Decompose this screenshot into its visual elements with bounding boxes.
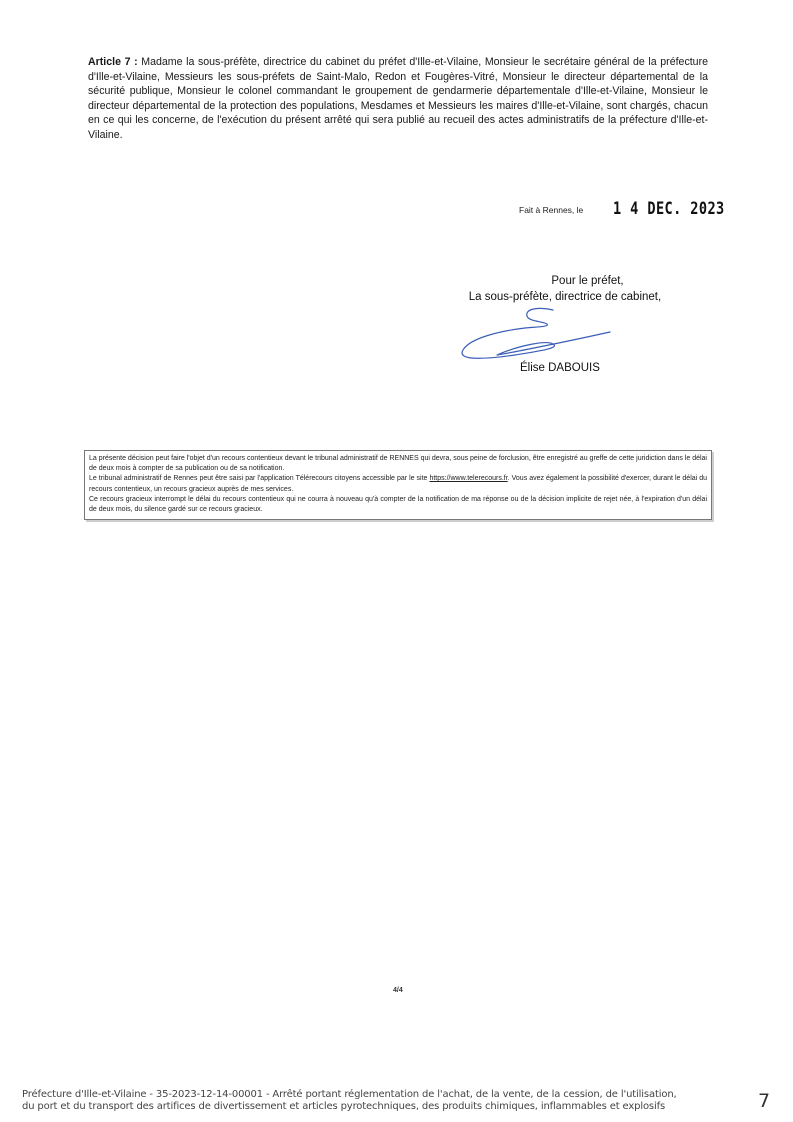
document-footer: Préfecture d'Ille-et-Vilaine - 35-2023-1…: [22, 1089, 722, 1112]
date-stamp: 1 4 DEC. 2023: [613, 199, 725, 219]
footer-line-2: du port et du transport des artifices de…: [22, 1101, 722, 1113]
footer-line-1: Préfecture d'Ille-et-Vilaine - 35-2023-1…: [22, 1089, 722, 1101]
recourse-paragraph-1: La présente décision peut faire l'objet …: [89, 454, 707, 474]
legal-recourse-notice: La présente décision peut faire l'objet …: [84, 450, 712, 520]
signature-line-1: Pour le préfet,: [450, 273, 680, 289]
page-indicator: 4/4: [393, 987, 403, 994]
footer-page-number: 7: [758, 1090, 770, 1112]
article-heading: Article 7 :: [88, 56, 138, 68]
handwritten-signature: [455, 300, 615, 370]
place-label: Fait à Rennes, le: [519, 205, 583, 215]
telerecours-link[interactable]: https://www.telerecours.fr: [429, 475, 507, 482]
article-7: Article 7 : Madame la sous-préfète, dire…: [88, 55, 708, 143]
article-text: Madame la sous-préfète, directrice du ca…: [88, 56, 708, 141]
signer-name: Élise DABOUIS: [520, 362, 600, 374]
recourse-paragraph-2: Le tribunal administratif de Rennes peut…: [89, 474, 707, 494]
recourse-paragraph-3: Ce recours gracieux interrompt le délai …: [89, 495, 707, 515]
